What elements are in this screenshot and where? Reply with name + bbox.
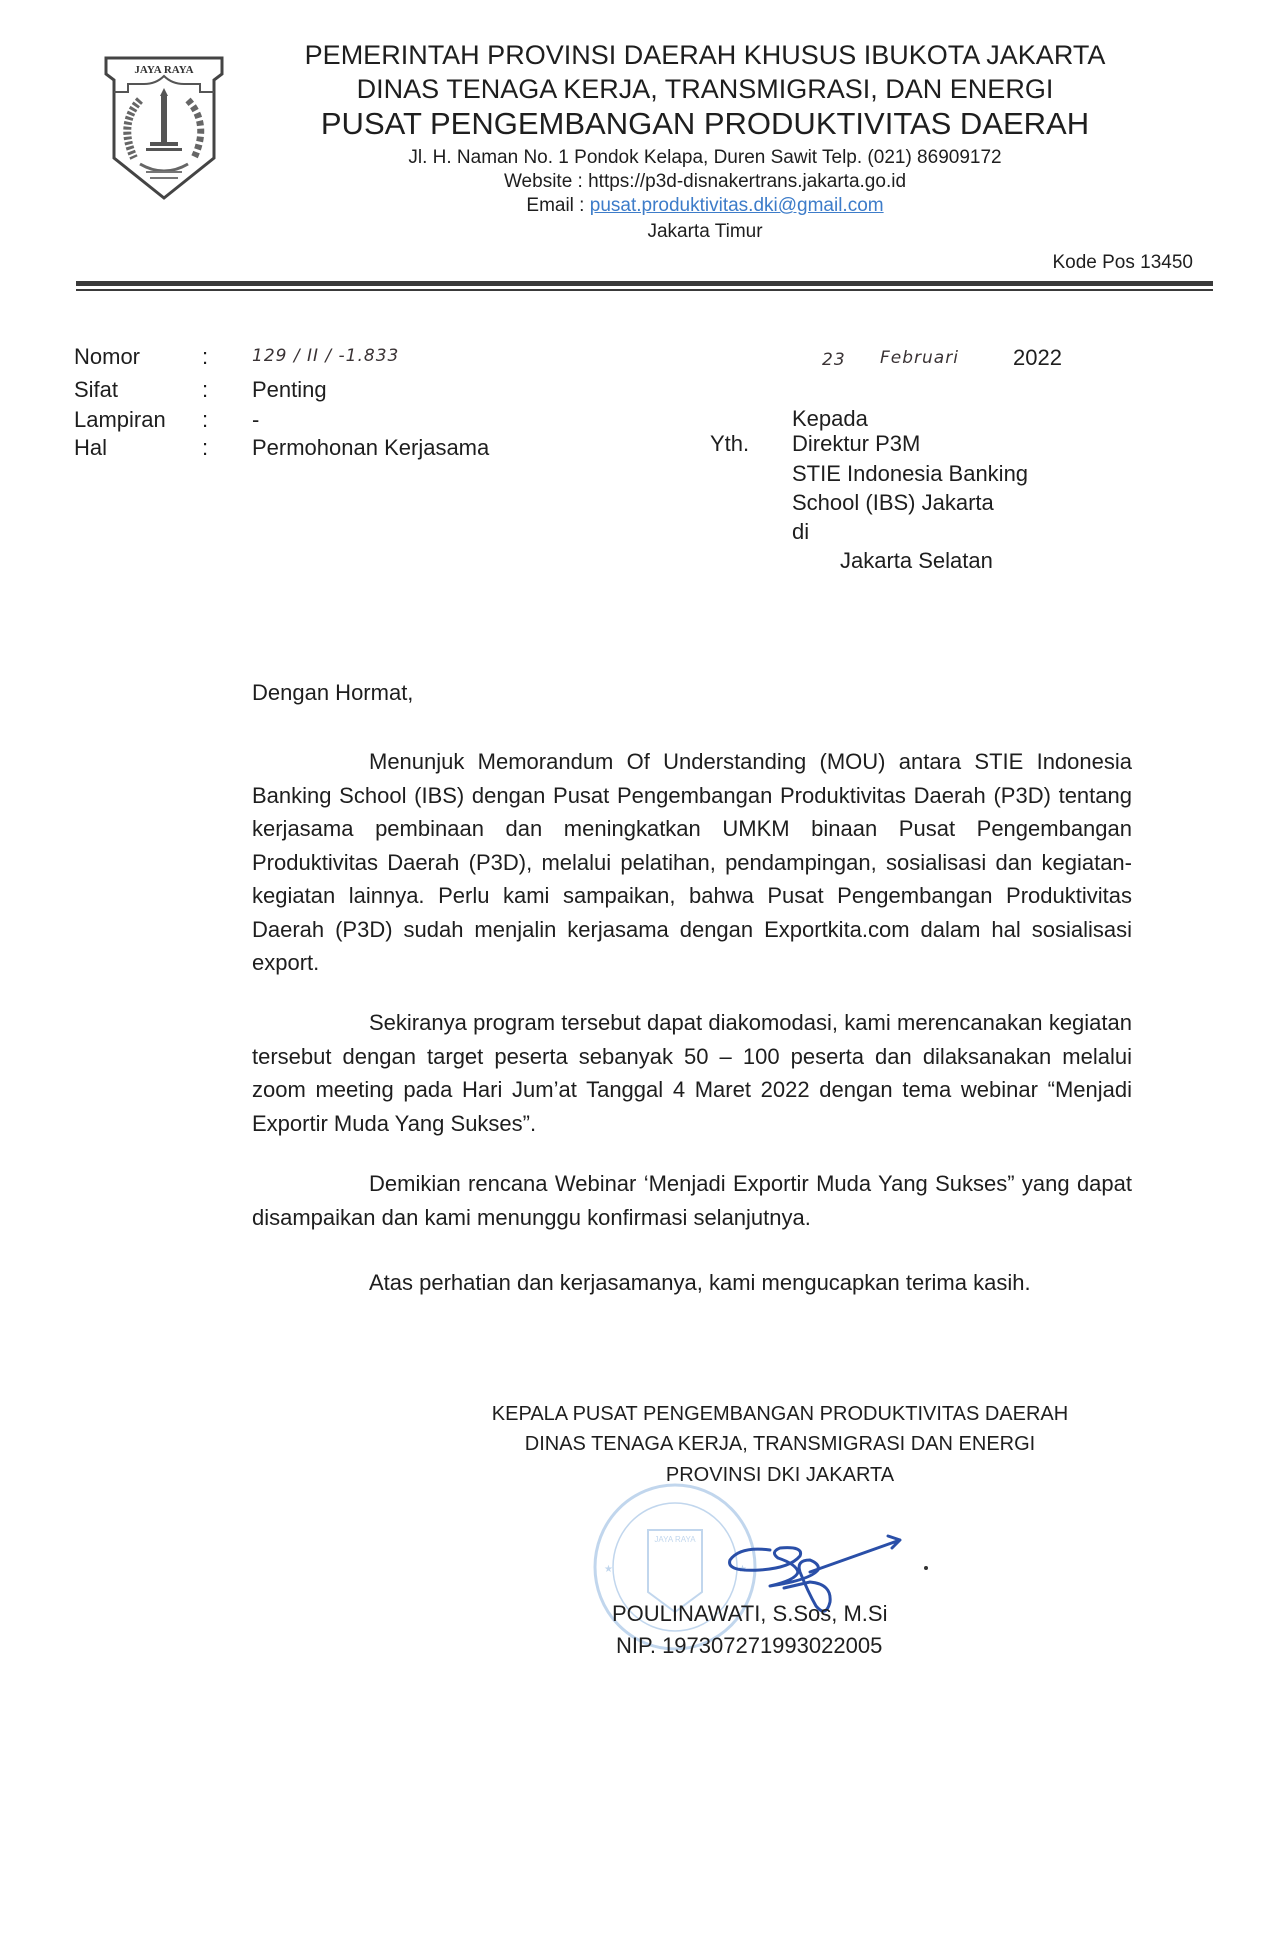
- letterhead-office: PUSAT PENGEMBANGAN PRODUKTIVITAS DAERAH: [240, 108, 1170, 139]
- meta-colon: :: [202, 377, 208, 403]
- meta-value-lampiran: -: [252, 407, 259, 433]
- meta-colon: :: [202, 407, 208, 433]
- recipient-kepada: Kepada: [792, 406, 868, 432]
- letterhead-website-line: Website : https://p3d-disnakertrans.jaka…: [240, 172, 1170, 191]
- date-day: 23: [822, 350, 846, 370]
- recipient-di: di: [792, 519, 809, 545]
- recipient-line1: Direktur P3M: [792, 431, 920, 457]
- date-year: 2022: [1013, 345, 1062, 371]
- signatory-name: POULINAWATI, S.Sos, M.Si: [612, 1601, 887, 1627]
- website-url[interactable]: https://p3d-disnakertrans.jakarta.go.id: [588, 171, 906, 192]
- meta-label-sifat: Sifat: [74, 377, 118, 403]
- body-paragraph-1: Menunjuk Memorandum Of Understanding (MO…: [252, 745, 1132, 980]
- meta-label-nomor: Nomor: [74, 344, 140, 370]
- website-label: Website :: [504, 171, 583, 192]
- letterhead-city: Jakarta Timur: [240, 222, 1170, 241]
- recipient-line3: School (IBS) Jakarta: [792, 490, 994, 516]
- jakarta-coat-of-arms-logo: JAYA RAYA: [100, 54, 228, 202]
- letterhead-divider-thin: [76, 289, 1213, 291]
- svg-text:★: ★: [604, 1564, 613, 1575]
- salutation: Dengan Hormat,: [252, 676, 1132, 710]
- meta-colon: :: [202, 435, 208, 461]
- recipient-place: Jakarta Selatan: [840, 548, 993, 574]
- svg-text:JAYA RAYA: JAYA RAYA: [654, 1535, 696, 1544]
- meta-value-sifat: Penting: [252, 377, 327, 403]
- letterhead-department: DINAS TENAGA KERJA, TRANSMIGRASI, DAN EN…: [240, 76, 1170, 103]
- signatory-nip: NIP. 197307271993022005: [616, 1633, 882, 1659]
- date-month: Februari: [880, 348, 959, 368]
- recipient-yth: Yth.: [710, 431, 749, 457]
- signatory-title-3: PROVINSI DKI JAKARTA: [430, 1464, 1130, 1487]
- signatory-title-2: DINAS TENAGA KERJA, TRANSMIGRASI DAN ENE…: [430, 1433, 1130, 1456]
- letterhead-address: Jl. H. Naman No. 1 Pondok Kelapa, Duren …: [240, 148, 1170, 167]
- body-paragraph-2: Sekiranya program tersebut dapat diakomo…: [252, 1006, 1132, 1140]
- postal-code: Kode Pos 13450: [1052, 252, 1193, 274]
- meta-label-hal: Hal: [74, 435, 107, 461]
- signatory-title-1: KEPALA PUSAT PENGEMBANGAN PRODUKTIVITAS …: [430, 1403, 1130, 1426]
- meta-value-hal: Permohonan Kerjasama: [252, 435, 489, 461]
- meta-label-lampiran: Lampiran: [74, 407, 166, 433]
- recipient-line2: STIE Indonesia Banking: [792, 461, 1028, 487]
- body-paragraph-4: Atas perhatian dan kerjasamanya, kami me…: [252, 1266, 1132, 1300]
- letterhead-divider-thick: [76, 281, 1213, 286]
- letterhead-email-line: Email : pusat.produktivitas.dki@gmail.co…: [240, 196, 1170, 215]
- meta-value-nomor: 129 / II / -1.833: [252, 346, 399, 366]
- svg-text:JAYA RAYA: JAYA RAYA: [134, 64, 193, 76]
- letterhead-government: PEMERINTAH PROVINSI DAERAH KHUSUS IBUKOT…: [240, 42, 1170, 69]
- body-paragraph-3: Demikian rencana Webinar ‘Menjadi Export…: [252, 1167, 1132, 1234]
- meta-colon: :: [202, 344, 208, 370]
- email-link[interactable]: pusat.produktivitas.dki@gmail.com: [590, 195, 884, 216]
- email-label: Email :: [526, 195, 584, 216]
